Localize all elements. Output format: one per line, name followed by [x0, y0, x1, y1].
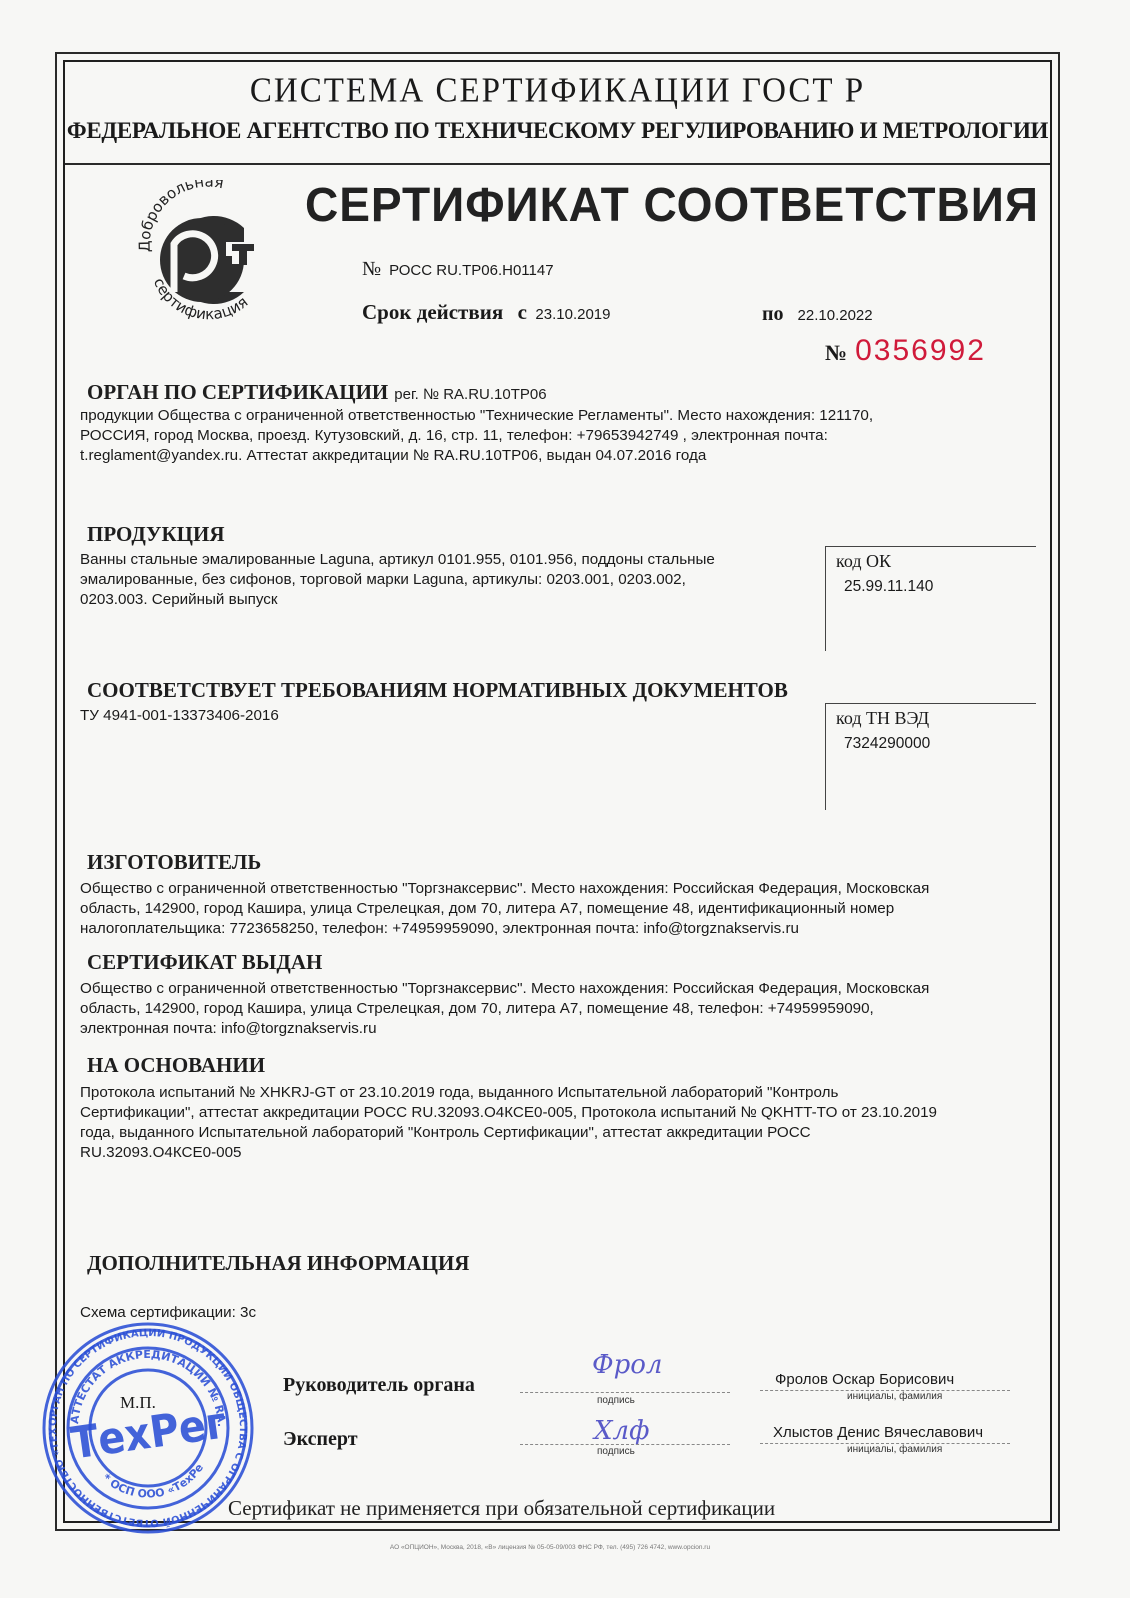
text-line: ТУ 4941-001-13373406-2016 — [80, 706, 279, 726]
certification-body-text: продукции Общества с ограниченной ответс… — [80, 406, 873, 466]
text-line: электронная почта: info@torgznakservis.r… — [80, 1019, 929, 1039]
from-label: с — [518, 300, 527, 324]
agency-title: ФЕДЕРАЛЬНОЕ АГЕНТСТВО ПО ТЕХНИЧЕСКОМУ РЕ… — [63, 118, 1052, 144]
text-line: эмалированные, без сифонов, торговой мар… — [80, 570, 715, 590]
to-label: по — [762, 303, 784, 325]
ok-code-label: код ОК — [836, 551, 1036, 572]
product-text: Ванны стальные эмалированные Laguna, арт… — [80, 550, 715, 610]
text-line: Общество с ограниченной ответственностью… — [80, 979, 929, 999]
signature-row-expert: Эксперт — [283, 1428, 358, 1451]
section-product: ПРОДУКЦИЯ — [87, 522, 225, 547]
expert-signature: Хлф — [594, 1416, 649, 1446]
name-caption: инициалы, фамилия — [847, 1391, 942, 1402]
tnved-code-value: 7324290000 — [844, 735, 1036, 753]
serial-value: 0356992 — [855, 334, 986, 367]
text-line: года, выданного Испытательной лаборатори… — [80, 1123, 937, 1143]
section-issued-to: СЕРТИФИКАТ ВЫДАН — [87, 950, 322, 975]
head-name: Фролов Оскар Борисович — [775, 1371, 954, 1388]
text-line: продукции Общества с ограниченной ответс… — [80, 406, 873, 426]
seal-stamp-icon: ОРГАН ПО СЕРТИФИКАЦИИ ПРОДУКЦИИ ОБЩЕСТВА… — [38, 1318, 258, 1538]
serial-sign: № — [825, 340, 847, 365]
section-basis: НА ОСНОВАНИИ — [87, 1053, 265, 1078]
serial-number: №0356992 — [825, 334, 986, 368]
tnved-code-box: код ТН ВЭД 7324290000 — [825, 703, 1036, 810]
document-title: СЕРТИФИКАТ СООТВЕТСТВИЯ — [305, 178, 1039, 233]
signature-line — [520, 1392, 730, 1393]
ok-code-value: 25.99.11.140 — [844, 578, 1036, 596]
head-role: Руководитель органа — [283, 1374, 475, 1396]
validity-to: по22.10.2022 — [762, 303, 873, 326]
printer-imprint: АО «ОПЦИОН», Москва, 2018, «В» лицензия … — [300, 1544, 800, 1551]
signature-row-head: Руководитель органа — [283, 1374, 475, 1397]
text-line: область, 142900, город Кашира, улица Стр… — [80, 899, 929, 919]
section-certification-body: ОРГАН ПО СЕРТИФИКАЦИИрег. № RA.RU.10ТР06 — [87, 380, 547, 405]
voluntary-note: Сертификат не применяется при обязательн… — [228, 1496, 775, 1521]
valid-from-value: 23.10.2019 — [535, 306, 610, 323]
seal-place-label: М.П. — [120, 1393, 156, 1413]
header-divider — [65, 163, 1050, 165]
compliance-text: ТУ 4941-001-13373406-2016 — [80, 706, 279, 726]
issued-to-text: Общество с ограниченной ответственностью… — [80, 979, 929, 1039]
section-compliance: СООТВЕТСТВУЕТ ТРЕБОВАНИЯМ НОРМАТИВНЫХ ДО… — [87, 678, 788, 703]
text-line: RU.32093.О4КСЕ0-005 — [80, 1143, 937, 1163]
manufacturer-text: Общество с ограниченной ответственностью… — [80, 879, 929, 939]
section-additional-info: ДОПОЛНИТЕЛЬНАЯ ИНФОРМАЦИЯ — [87, 1251, 469, 1276]
ok-code-box: код ОК 25.99.11.140 — [825, 546, 1036, 651]
validity-from: Срок действия с 23.10.2019 — [362, 300, 611, 325]
system-title: СИСТЕМА СЕРТИФИКАЦИИ ГОСТ Р — [63, 72, 1052, 111]
text-line: 0203.003. Серийный выпуск — [80, 590, 715, 610]
text-line: налогоплательщика: 7723658250, телефон: … — [80, 919, 929, 939]
validity-label: Срок действия — [362, 300, 503, 324]
section-title: ОРГАН ПО СЕРТИФИКАЦИИ — [87, 380, 388, 404]
signature-caption: подпись — [597, 1446, 635, 1457]
section-manufacturer: ИЗГОТОВИТЕЛЬ — [87, 850, 261, 875]
certificate-number-value: РОСС RU.ТР06.Н01147 — [389, 262, 553, 279]
text-line: Ванны стальные эмалированные Laguna, арт… — [80, 550, 715, 570]
basis-text: Протокола испытаний № XHKRJ-GT от 23.10.… — [80, 1083, 937, 1163]
signature-caption: подпись — [597, 1395, 635, 1406]
expert-name: Хлыстов Денис Вячеславович — [773, 1424, 983, 1441]
signature-line — [520, 1444, 730, 1445]
number-sign: № — [362, 258, 381, 280]
pct-logo-icon: Добровольная сертификация — [132, 180, 282, 330]
text-line: Общество с ограниченной ответственностью… — [80, 879, 929, 899]
text-line: область, 142900, город Кашира, улица Стр… — [80, 999, 929, 1019]
head-signature: Фрол — [592, 1350, 662, 1380]
text-line: Сертификации", аттестат аккредитации РОС… — [80, 1103, 937, 1123]
name-caption: инициалы, фамилия — [847, 1444, 942, 1455]
valid-to-value: 22.10.2022 — [798, 307, 873, 324]
text-line: РОССИЯ, город Москва, проезд. Кутузовски… — [80, 426, 873, 446]
tnved-code-label: код ТН ВЭД — [836, 708, 1036, 729]
certificate-number: №РОСС RU.ТР06.Н01147 — [362, 258, 554, 281]
text-line: Протокола испытаний № XHKRJ-GT от 23.10.… — [80, 1083, 937, 1103]
expert-role: Эксперт — [283, 1428, 358, 1450]
text-line: t.reglament@yandex.ru. Аттестат аккредит… — [80, 446, 873, 466]
registration-number: рег. № RA.RU.10ТР06 — [394, 386, 546, 403]
